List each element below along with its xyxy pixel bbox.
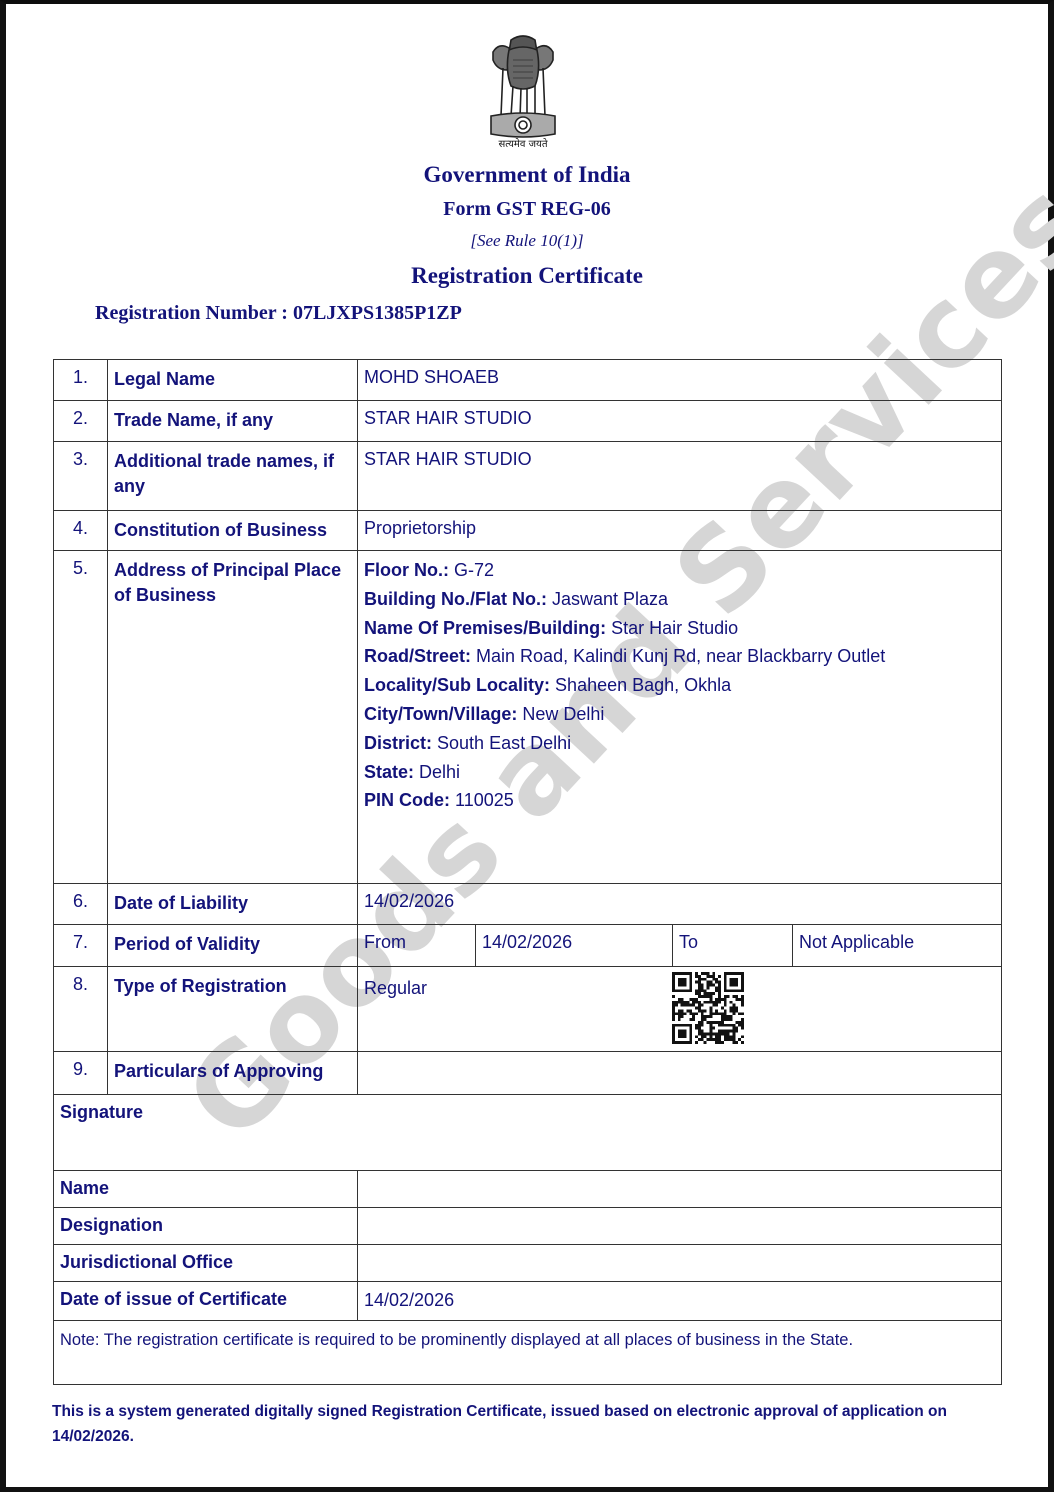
address-floor: Floor No.: G-72 <box>364 556 995 585</box>
registration-number: Registration Number : 07LJXPS1385P1ZP <box>95 302 462 325</box>
table-row: 3. Additional trade names, if any STAR H… <box>54 442 1002 511</box>
row-label: Address of Principal Place of Business <box>108 551 358 884</box>
government-title: Government of India <box>0 162 1054 188</box>
address-premises: Name Of Premises/Building: Star Hair Stu… <box>364 614 995 643</box>
address-city: City/Town/Village: New Delhi <box>364 700 995 729</box>
issue-date-label: Date of issue of Certificate <box>54 1282 358 1321</box>
trade-name-value: STAR HAIR STUDIO <box>358 401 1002 442</box>
footer-statement: This is a system generated digitally sig… <box>52 1399 1002 1449</box>
validity-from-value: 14/02/2026 <box>476 925 673 967</box>
row-number: 3. <box>54 442 108 511</box>
row-label: Trade Name, if any <box>108 401 358 442</box>
jurisdictional-office-value <box>358 1245 1002 1282</box>
row-number: 8. <box>54 967 108 1052</box>
table-row: Designation <box>54 1208 1002 1245</box>
address-value: Floor No.: G-72 Building No./Flat No.: J… <box>358 551 1002 884</box>
validity-to-label: To <box>673 925 793 967</box>
address-locality: Locality/Sub Locality: Shaheen Bagh, Okh… <box>364 671 995 700</box>
state-emblem-icon <box>483 30 563 152</box>
rule-reference: [See Rule 10(1)] <box>0 231 1054 251</box>
table-row: Jurisdictional Office <box>54 1245 1002 1282</box>
constitution-value: Proprietorship <box>358 511 1002 551</box>
table-row: 2. Trade Name, if any STAR HAIR STUDIO <box>54 401 1002 442</box>
address-pin: PIN Code: 110025 <box>364 786 995 815</box>
registration-number-value: 07LJXPS1385P1ZP <box>293 302 462 324</box>
name-label: Name <box>54 1171 358 1208</box>
additional-trade-names-value: STAR HAIR STUDIO <box>358 442 1002 511</box>
table-row: 7. Period of Validity From 14/02/2026 To… <box>54 925 1002 967</box>
table-row: 1. Legal Name MOHD SHOAEB <box>54 360 1002 401</box>
address-building: Building No./Flat No.: Jaswant Plaza <box>364 585 995 614</box>
note-text: Note: The registration certificate is re… <box>54 1321 1002 1385</box>
row-label: Legal Name <box>108 360 358 401</box>
emblem-motto: सत्यमेव जयते <box>473 136 573 150</box>
table-row: 4. Constitution of Business Proprietorsh… <box>54 511 1002 551</box>
designation-label: Designation <box>54 1208 358 1245</box>
address-road: Road/Street: Main Road, Kalindi Kunj Rd,… <box>364 642 995 671</box>
issue-date-value: 14/02/2026 <box>358 1282 1002 1321</box>
address-state: State: Delhi <box>364 758 995 787</box>
row-number: 9. <box>54 1052 108 1095</box>
validity-to-value: Not Applicable <box>793 925 1002 967</box>
table-row: 8. Type of Registration Regular <box>54 967 1002 1052</box>
row-number: 5. <box>54 551 108 884</box>
row-number: 7. <box>54 925 108 967</box>
row-label: Date of Liability <box>108 884 358 925</box>
row-number: 6. <box>54 884 108 925</box>
row-label: Particulars of Approving <box>108 1052 358 1095</box>
designation-value <box>358 1208 1002 1245</box>
signature-row: Signature <box>54 1095 1002 1171</box>
signature-label: Signature <box>54 1095 1002 1171</box>
legal-name-value: MOHD SHOAEB <box>358 360 1002 401</box>
row-label: Period of Validity <box>108 925 358 967</box>
date-of-liability-value: 14/02/2026 <box>358 884 1002 925</box>
qr-code-icon <box>672 972 744 1044</box>
row-number: 1. <box>54 360 108 401</box>
row-number: 2. <box>54 401 108 442</box>
table-row: 5. Address of Principal Place of Busines… <box>54 551 1002 884</box>
row-label: Additional trade names, if any <box>108 442 358 511</box>
registration-number-label: Registration Number : <box>95 302 288 324</box>
certificate-title: Registration Certificate <box>0 263 1054 289</box>
validity-from-label: From <box>358 925 476 967</box>
name-value <box>358 1171 1002 1208</box>
table-row: 6. Date of Liability 14/02/2026 <box>54 884 1002 925</box>
row-label: Constitution of Business <box>108 511 358 551</box>
jurisdictional-office-label: Jurisdictional Office <box>54 1245 358 1282</box>
approving-particulars-value <box>358 1052 1002 1095</box>
table-row: Date of issue of Certificate 14/02/2026 <box>54 1282 1002 1321</box>
address-district: District: South East Delhi <box>364 729 995 758</box>
table-row: 9. Particulars of Approving <box>54 1052 1002 1095</box>
certificate-table: 1. Legal Name MOHD SHOAEB 2. Trade Name,… <box>53 359 1002 1385</box>
table-row: Name <box>54 1171 1002 1208</box>
note-row: Note: The registration certificate is re… <box>54 1321 1002 1385</box>
row-number: 4. <box>54 511 108 551</box>
form-title: Form GST REG-06 <box>0 198 1054 221</box>
row-label: Type of Registration <box>108 967 358 1052</box>
registration-type-text: Regular <box>364 978 427 998</box>
